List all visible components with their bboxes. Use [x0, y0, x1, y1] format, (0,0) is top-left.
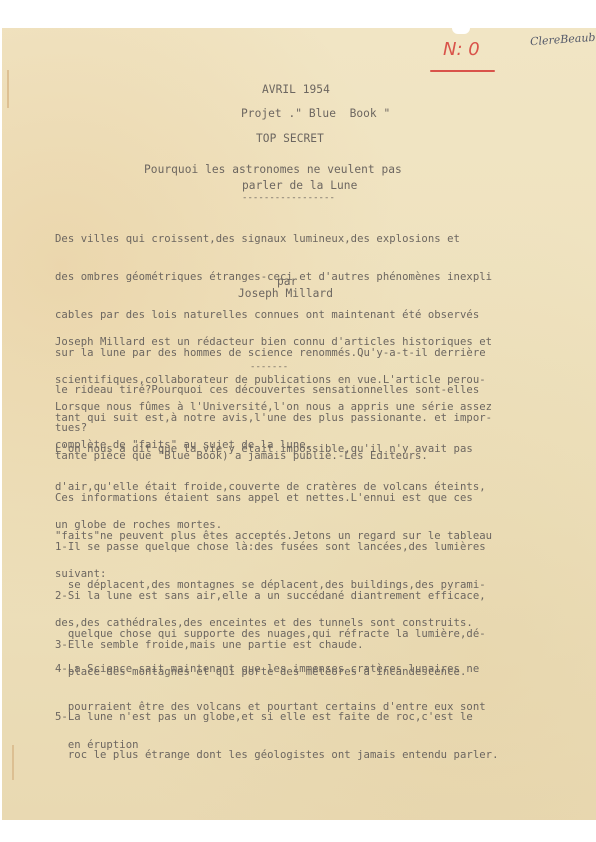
text-line: Lorsque nous fûmes à l'Université,l'on n…: [55, 401, 492, 414]
text-line: Ces informations étaient sans appel et n…: [55, 492, 492, 505]
text-line: Joseph Millard est un rédacteur bien con…: [55, 336, 492, 349]
text-line: des ombres géométriques étranges-ceci et…: [55, 271, 492, 284]
section-separator: -------: [250, 361, 288, 374]
byline-author: Joseph Millard: [238, 288, 333, 301]
list-item-5: 5-La lune n'est pas un globe,et si elle …: [55, 686, 499, 774]
article-title-line-2: parler de la Lune: [242, 180, 357, 193]
text-line: 1-Il se passe quelque chose là:des fusée…: [55, 541, 486, 554]
text-line: 2-Si la lune est sans air,elle a un succ…: [55, 590, 486, 603]
classification-label: TOP SECRET: [256, 133, 324, 146]
stamp-underline: [430, 70, 495, 72]
text-line: Des villes qui croissent,des signaux lum…: [55, 233, 492, 246]
text-line: roc le plus étrange dont les géologistes…: [55, 749, 499, 762]
document-number-stamp: N: 0: [443, 39, 480, 60]
text-line: L'on nous a dit que la vie y était impos…: [55, 443, 486, 456]
text-line: 5-La lune n'est pas un globe,et si elle …: [55, 711, 499, 724]
text-line: 4-La Science sait maintenant que les imm…: [55, 663, 486, 676]
project-name: Projet ." Blue Book ": [241, 108, 390, 121]
binding-mark: [12, 745, 14, 780]
document-date: AVRIL 1954: [262, 84, 330, 97]
article-title-line-1: Pourquoi les astronomes ne veulent pas: [144, 164, 402, 177]
binding-mark: [7, 70, 9, 108]
title-underline: -----------------: [242, 192, 335, 205]
